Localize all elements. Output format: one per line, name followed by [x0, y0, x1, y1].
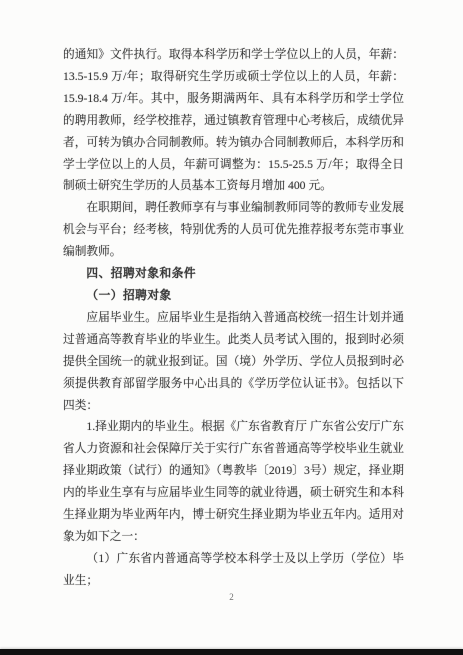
subsection-heading-recruitment-target: （一）招聘对象	[63, 285, 404, 307]
document-page: 的通知》文件执行。取得本科学历和学士学位以上的人员，年薪：13.5-15.9 万…	[0, 0, 463, 655]
paragraph-benefits: 在职期间，聘任教师享有与事业编制教师同等的教师专业发展机会与平台；经考核，特别优…	[63, 197, 404, 263]
scan-edge-bar	[0, 649, 463, 655]
paragraph-fresh-graduates-definition: 应届毕业生。应届毕业生是指纳入普通高校统一招生计划并通过普通高等教育毕业的毕业生…	[63, 307, 404, 417]
page-number: 2	[0, 592, 463, 602]
document-body: 的通知》文件执行。取得本科学历和学士学位以上的人员，年薪：13.5-15.9 万…	[63, 44, 404, 592]
paragraph-career-choice-period: 1.择业期内的毕业生。根据《广东省教育厅 广东省公安厅广东省人力资源和社会保障厅…	[63, 416, 404, 547]
section-heading-recruitment-targets: 四、招聘对象和条件	[63, 263, 404, 285]
paragraph-salary-terms: 的通知》文件执行。取得本科学历和学士学位以上的人员，年薪：13.5-15.9 万…	[63, 44, 404, 197]
list-item-1-guangdong-graduates: （1）广东省内普通高等学校本科学士及以上学历（学位）毕业生；	[63, 548, 404, 592]
